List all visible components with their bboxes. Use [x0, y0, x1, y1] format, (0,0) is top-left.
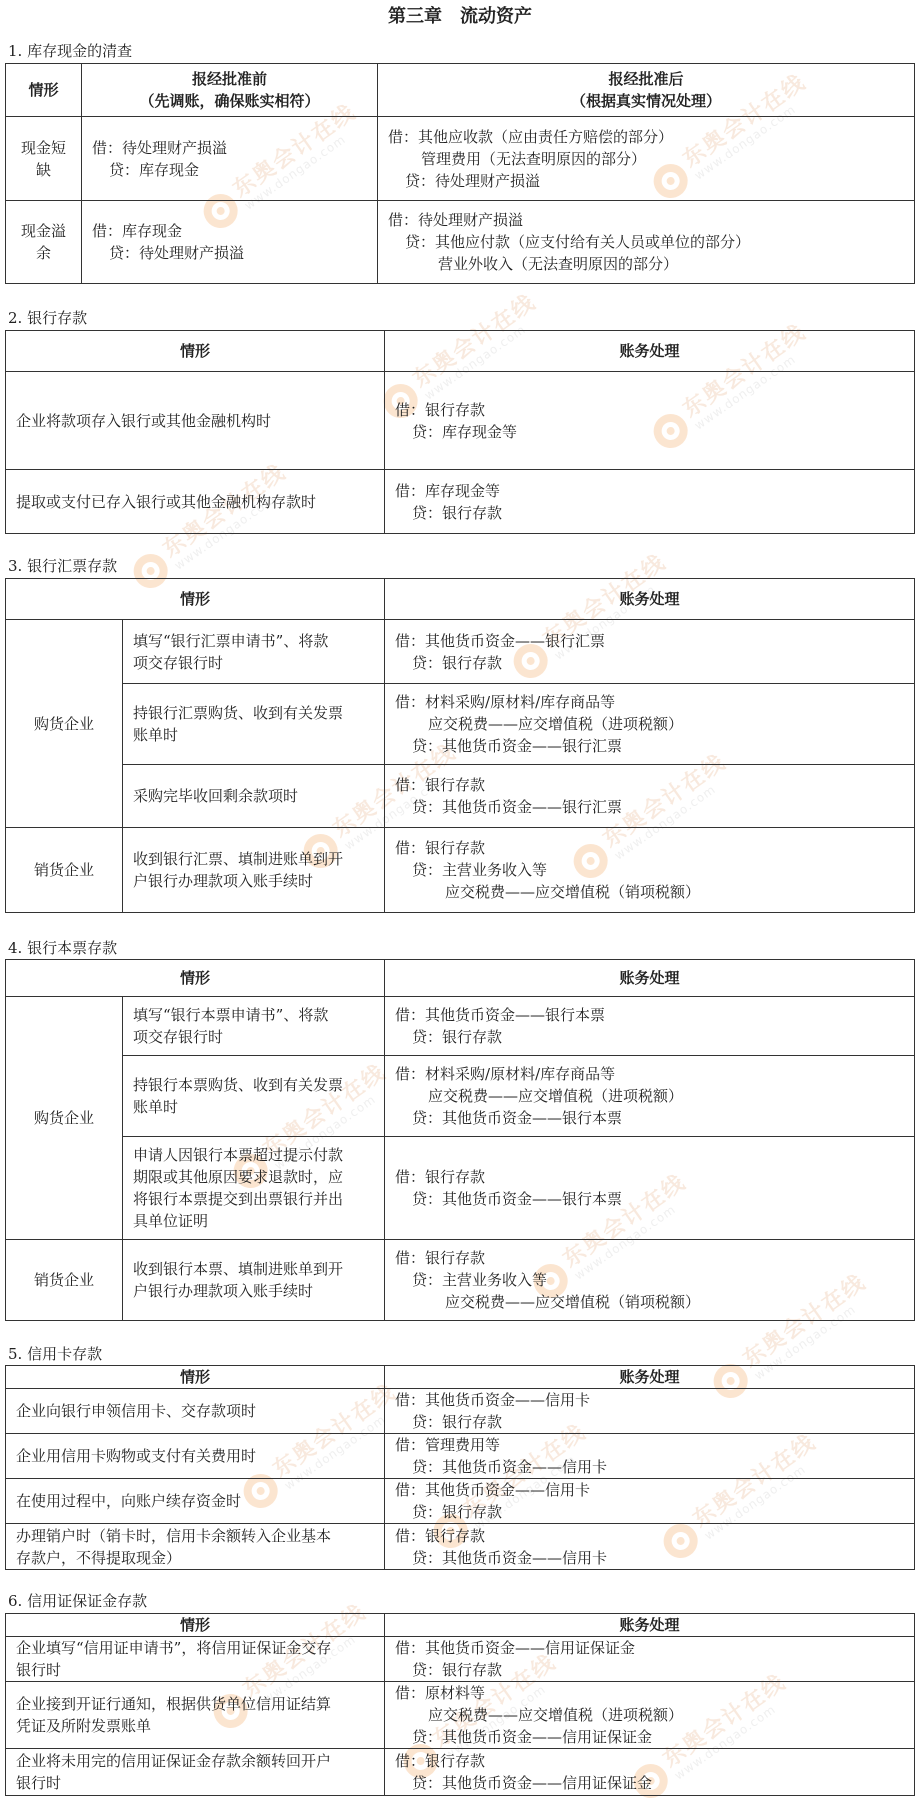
table-row: 企业将未用完的信用证保证金存款余额转回开户银行时 借：银行存款贷：其他货币资金—… — [6, 1749, 915, 1796]
entry-cell: 借：其他货币资金——信用卡贷：银行存款 — [385, 1479, 915, 1524]
entry-cell: 借：银行存款贷：其他货币资金——银行汇票 — [385, 765, 915, 828]
case-cell: 企业用信用卡购物或支付有关费用时 — [6, 1434, 385, 1479]
entry-cell: 借：其他货币资金——银行汇票贷：银行存款 — [385, 620, 915, 684]
case-cell: 企业填写“信用证申请书”，将信用证保证金交存银行时 — [6, 1637, 385, 1682]
section-heading: 4. 银行本票存款 — [8, 937, 117, 958]
table-header-row: 情形 账务处理 — [6, 1366, 915, 1389]
entry-cell: 借：管理费用等贷：其他货币资金——信用卡 — [385, 1434, 915, 1479]
header-cell: 账务处理 — [385, 1366, 915, 1389]
case-cell: 企业向银行申领信用卡、交存款项时 — [6, 1389, 385, 1434]
entry-cell: 借：银行存款贷：其他货币资金——信用卡 — [385, 1524, 915, 1570]
page-title: 第三章 流动资产 — [0, 2, 920, 28]
party-cell: 购货企业 — [6, 620, 123, 828]
party-cell: 销货企业 — [6, 828, 123, 913]
section-heading: 6. 信用证保证金存款 — [8, 1590, 147, 1611]
section-heading: 2. 银行存款 — [8, 307, 87, 328]
entry-cell: 借：银行存款贷：其他货币资金——银行本票 — [385, 1137, 915, 1240]
entry-cell: 借：原材料等应交税费——应交增值税（进项税额）贷：其他货币资金——信用证保证金 — [385, 1682, 915, 1749]
case-cell: 填写“银行本票申请书”、将款项交存银行时 — [123, 997, 385, 1056]
table-header-row: 情形 账务处理 — [6, 331, 915, 372]
cash-count-table: 情形 报经批准前（先调账，确保账实相符） 报经批准后（根据真实情况处理） 现金短… — [5, 63, 915, 284]
bank-draft-table: 情形 账务处理 购货企业 填写“银行汇票申请书”、将款项交存银行时 借：其他货币… — [5, 578, 915, 913]
table-row: 在使用过程中，向账户续存资金时 借：其他货币资金——信用卡贷：银行存款 — [6, 1479, 915, 1524]
case-cell: 收到银行汇票、填制进账单到开户银行办理款项入账手续时 — [123, 828, 385, 913]
case-cell: 企业将款项存入银行或其他金融机构时 — [6, 372, 385, 470]
case-cell: 在使用过程中，向账户续存资金时 — [6, 1479, 385, 1524]
table-row: 购货企业 填写“银行本票申请书”、将款项交存银行时 借：其他货币资金——银行本票… — [6, 997, 915, 1056]
party-cell: 购货企业 — [6, 997, 123, 1240]
table-row: 现金溢余 借：库存现金贷：待处理财产损溢 借：待处理财产损溢贷：其他应付款（应支… — [6, 201, 915, 284]
header-cell: 情形 — [6, 1366, 385, 1389]
entry-cell: 借：库存现金等贷：银行存款 — [385, 470, 915, 534]
header-cell: 情形 — [6, 579, 385, 620]
table-row: 企业用信用卡购物或支付有关费用时 借：管理费用等贷：其他货币资金——信用卡 — [6, 1434, 915, 1479]
header-cell: 情形 — [6, 64, 82, 117]
entry-cell: 借：材料采购/原材料/库存商品等应交税费——应交增值税（进项税额）贷：其他货币资… — [385, 1056, 915, 1137]
table-row: 办理销户时（销卡时，信用卡余额转入企业基本存款户，不得提取现金） 借：银行存款贷… — [6, 1524, 915, 1570]
bank-deposit-table: 情形 账务处理 企业将款项存入银行或其他金融机构时 借：银行存款贷：库存现金等 … — [5, 330, 915, 534]
header-cell: 报经批准前（先调账，确保账实相符） — [82, 64, 378, 117]
header-cell: 情形 — [6, 960, 385, 997]
header-cell: 账务处理 — [385, 1614, 915, 1637]
table-row: 持银行本票购货、收到有关发票账单时 借：材料采购/原材料/库存商品等应交税费——… — [6, 1056, 915, 1137]
entry-cell: 借：其他货币资金——银行本票贷：银行存款 — [385, 997, 915, 1056]
header-cell: 账务处理 — [385, 331, 915, 372]
table-row: 持银行汇票购货、收到有关发票账单时 借：材料采购/原材料/库存商品等应交税费——… — [6, 684, 915, 765]
case-cell: 申请人因银行本票超过提示付款期限或其他原因要求退款时，应将银行本票提交到出票银行… — [123, 1137, 385, 1240]
header-cell: 报经批准后（根据真实情况处理） — [378, 64, 915, 117]
case-cell: 采购完毕收回剩余款项时 — [123, 765, 385, 828]
case-cell: 企业将未用完的信用证保证金存款余额转回开户银行时 — [6, 1749, 385, 1796]
party-cell: 销货企业 — [6, 1240, 123, 1321]
table-row: 企业接到开证行通知，根据供货单位信用证结算凭证及所附发票账单 借：原材料等应交税… — [6, 1682, 915, 1749]
entry-cell: 借：其他应收款（应由责任方赔偿的部分）管理费用（无法查明原因的部分）贷：待处理财… — [378, 117, 915, 201]
entry-cell: 借：银行存款贷：主营业务收入等应交税费——应交增值税（销项税额） — [385, 1240, 915, 1321]
table-row: 提取或支付已存入银行或其他金融机构存款时 借：库存现金等贷：银行存款 — [6, 470, 915, 534]
table-row: 企业填写“信用证申请书”，将信用证保证金交存银行时 借：其他货币资金——信用证保… — [6, 1637, 915, 1682]
entry-cell: 借：待处理财产损溢贷：其他应付款（应支付给有关人员或单位的部分）营业外收入（无法… — [378, 201, 915, 284]
entry-cell: 借：库存现金贷：待处理财产损溢 — [82, 201, 378, 284]
table-header-row: 情形 账务处理 — [6, 1614, 915, 1637]
table-row: 申请人因银行本票超过提示付款期限或其他原因要求退款时，应将银行本票提交到出票银行… — [6, 1137, 915, 1240]
table-row: 销货企业 收到银行汇票、填制进账单到开户银行办理款项入账手续时 借：银行存款贷：… — [6, 828, 915, 913]
cashier-check-table: 情形 账务处理 购货企业 填写“银行本票申请书”、将款项交存银行时 借：其他货币… — [5, 959, 915, 1321]
table-row: 采购完毕收回剩余款项时 借：银行存款贷：其他货币资金——银行汇票 — [6, 765, 915, 828]
table-row: 销货企业 收到银行本票、填制进账单到开户银行办理款项入账手续时 借：银行存款贷：… — [6, 1240, 915, 1321]
header-cell: 账务处理 — [385, 579, 915, 620]
case-cell: 企业接到开证行通知，根据供货单位信用证结算凭证及所附发票账单 — [6, 1682, 385, 1749]
table-header-row: 情形 报经批准前（先调账，确保账实相符） 报经批准后（根据真实情况处理） — [6, 64, 915, 117]
table-header-row: 情形 账务处理 — [6, 960, 915, 997]
table-row: 企业将款项存入银行或其他金融机构时 借：银行存款贷：库存现金等 — [6, 372, 915, 470]
case-cell: 持银行汇票购货、收到有关发票账单时 — [123, 684, 385, 765]
entry-cell: 借：银行存款贷：主营业务收入等应交税费——应交增值税（销项税额） — [385, 828, 915, 913]
case-cell: 提取或支付已存入银行或其他金融机构存款时 — [6, 470, 385, 534]
case-cell: 现金溢余 — [6, 201, 82, 284]
entry-cell: 借：银行存款贷：库存现金等 — [385, 372, 915, 470]
case-cell: 持银行本票购货、收到有关发票账单时 — [123, 1056, 385, 1137]
section-heading: 1. 库存现金的清查 — [8, 40, 132, 61]
entry-cell: 借：待处理财产损溢贷：库存现金 — [82, 117, 378, 201]
entry-cell: 借：其他货币资金——信用证保证金贷：银行存款 — [385, 1637, 915, 1682]
letter-of-credit-table: 情形 账务处理 企业填写“信用证申请书”，将信用证保证金交存银行时 借：其他货币… — [5, 1613, 915, 1796]
case-cell: 填写“银行汇票申请书”、将款项交存银行时 — [123, 620, 385, 684]
entry-cell: 借：材料采购/原材料/库存商品等应交税费——应交增值税（进项税额）贷：其他货币资… — [385, 684, 915, 765]
header-cell: 账务处理 — [385, 960, 915, 997]
header-cell: 情形 — [6, 331, 385, 372]
case-cell: 办理销户时（销卡时，信用卡余额转入企业基本存款户，不得提取现金） — [6, 1524, 385, 1570]
section-heading: 3. 银行汇票存款 — [8, 555, 117, 576]
table-row: 企业向银行申领信用卡、交存款项时 借：其他货币资金——信用卡贷：银行存款 — [6, 1389, 915, 1434]
entry-cell: 借：其他货币资金——信用卡贷：银行存款 — [385, 1389, 915, 1434]
header-cell: 情形 — [6, 1614, 385, 1637]
table-header-row: 情形 账务处理 — [6, 579, 915, 620]
entry-cell: 借：银行存款贷：其他货币资金——信用证保证金 — [385, 1749, 915, 1796]
case-cell: 收到银行本票、填制进账单到开户银行办理款项入账手续时 — [123, 1240, 385, 1321]
case-cell: 现金短缺 — [6, 117, 82, 201]
section-heading: 5. 信用卡存款 — [8, 1343, 102, 1364]
table-row: 现金短缺 借：待处理财产损溢贷：库存现金 借：其他应收款（应由责任方赔偿的部分）… — [6, 117, 915, 201]
credit-card-table: 情形 账务处理 企业向银行申领信用卡、交存款项时 借：其他货币资金——信用卡贷：… — [5, 1365, 915, 1570]
table-row: 购货企业 填写“银行汇票申请书”、将款项交存银行时 借：其他货币资金——银行汇票… — [6, 620, 915, 684]
